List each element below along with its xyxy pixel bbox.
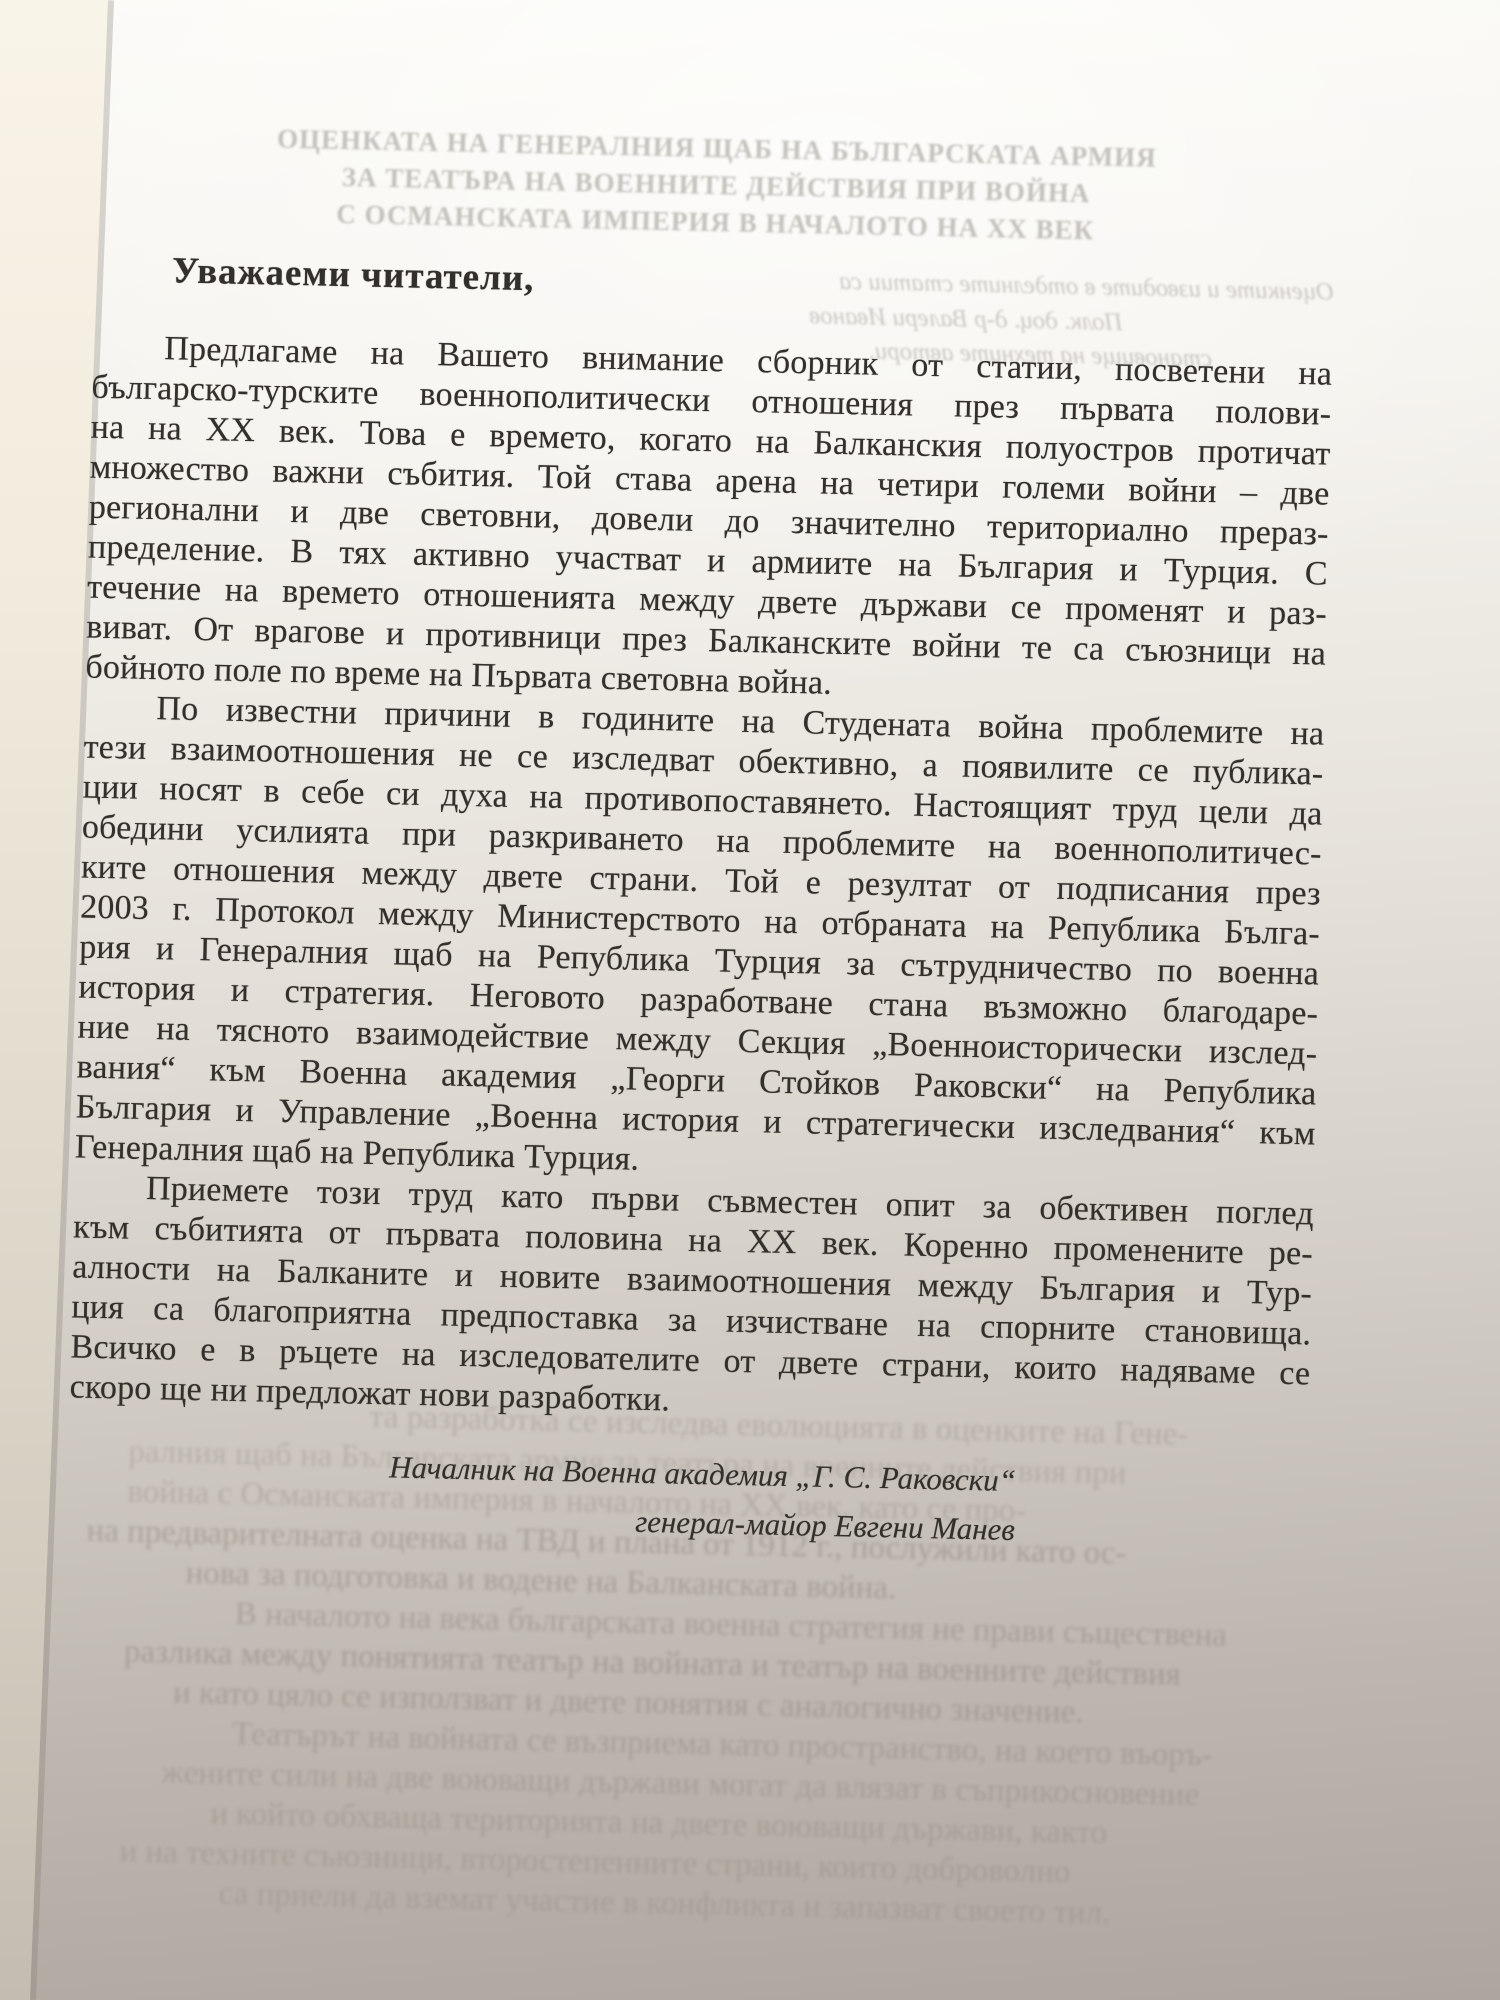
page: ОЦЕНКАТА НА ГЕНЕРАЛНИЯ ЩАБ НА БЪЛГАРСКАТ… bbox=[67, 0, 1340, 1560]
bleedthrough-note: Полк. доц. д-р Валери Иванов bbox=[809, 302, 1123, 337]
preface-paragraph-1: Предлагаме на Вашето внимание сборник от… bbox=[85, 328, 1333, 715]
preface-paragraph-2: По известни причини в годините на Студен… bbox=[75, 688, 1325, 1195]
book-page-photo: ОЦЕНКАТА НА ГЕНЕРАЛНИЯ ЩАБ НА БЪЛГАРСКАТ… bbox=[0, 0, 1500, 2000]
ghost-chapter-title: ОЦЕНКАТА НА ГЕНЕРАЛНИЯ ЩАБ НА БЪЛГАРСКАТ… bbox=[95, 117, 1337, 255]
